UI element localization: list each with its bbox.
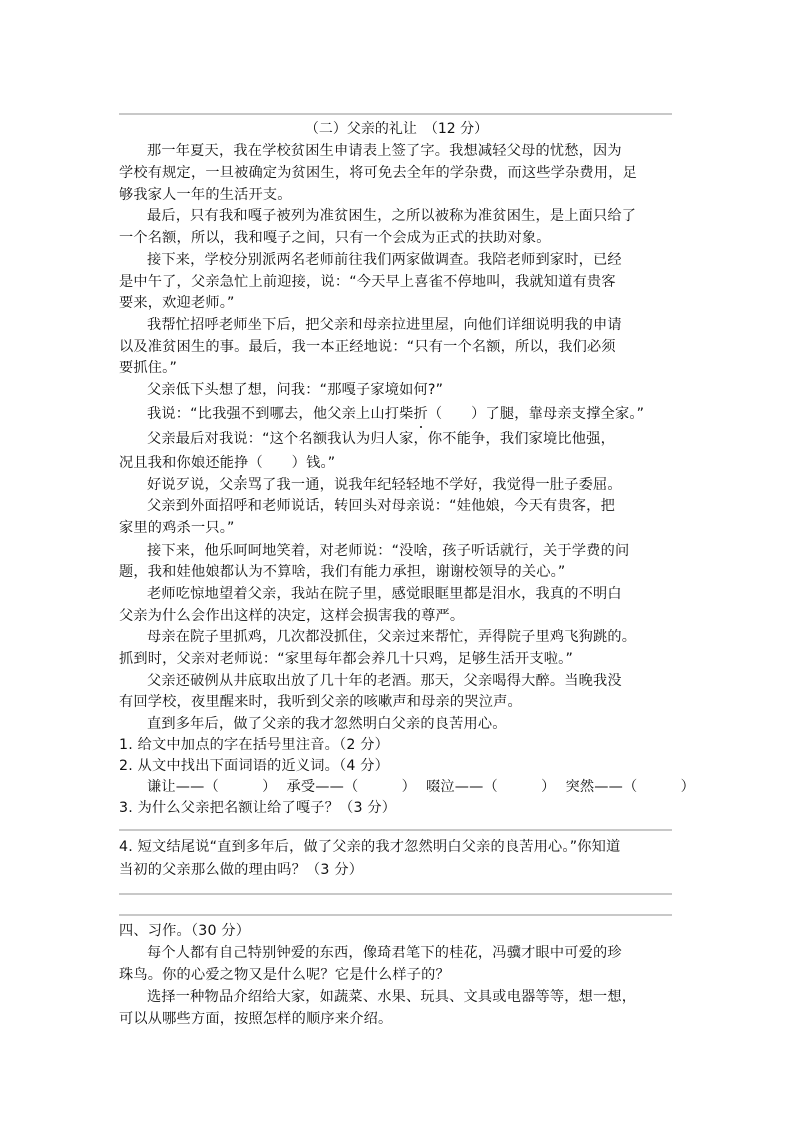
text-after: 钱。”: [306, 455, 335, 471]
dotted-char: 折: [414, 403, 428, 425]
passage-line: 是中午了，父亲急忙上前迎接，说：“今天早上喜雀不停地叫，我就知道有贵客: [119, 271, 679, 293]
text-after: 了腿，靠母亲支撑全家。”: [485, 406, 644, 422]
pinyin-blank[interactable]: （ ）: [428, 403, 486, 425]
passage-line: 题，我和娃他娘都认为不算啥，我们有能力承担，谢谢校领导的关心。”: [119, 561, 679, 583]
passage-line: 以及准贫困生的事。最后，我一本正经地说：“只有一个名额，所以，我们必须: [119, 336, 679, 358]
synonym-item[interactable]: 承受——（ ）: [287, 776, 417, 798]
passage-line: 接下来，学校分别派两名老师前往我们两家做调查。我陪老师到家时，已经: [147, 249, 679, 271]
passage-line: 够我家人一年的生活开支。: [119, 184, 679, 206]
passage-line: 要抓住。”: [119, 357, 679, 379]
composition-line: 可以从哪些方面，按照怎样的顺序来介绍。: [119, 1008, 679, 1030]
question-2: 2. 从文中找出下面词语的近义词。（4 分）: [119, 755, 679, 777]
passage-line-with-blank: 我说：“比我强不到哪去，他父亲上山打柴折（ ）了腿，靠母亲支撑全家。”: [147, 403, 679, 425]
passage-line: 直到多年后，做了父亲的我才忽然明白父亲的良苦用心。: [147, 713, 679, 735]
dotted-char: 挣: [234, 452, 248, 474]
composition-line: 每个人都有自己特别钟爱的东西，像琦君笔下的桂花，冯骥才眼中可爱的珍: [147, 942, 679, 964]
question-1: 1. 给文中加点的字在括号里注音。（2 分）: [119, 734, 679, 756]
synonym-row: 谦让——（ ） 承受——（ ） 啜泣——（ ） 突然——（ ）: [147, 776, 679, 798]
passage-line: 父亲为什么会作出这样的决定，这样会损害我的尊严。: [119, 605, 679, 627]
passage-line: 学校有规定，一旦被确定为贫困生，将可免去全年的学杂费，而这些学杂费用，足: [119, 162, 679, 184]
passage-line: 母亲在院子里抓鸡，几次都没抓住，父亲过来帮忙，弄得院子里鸡飞狗跳的。: [147, 626, 679, 648]
passage-line-with-blank: 况且我和你娘还能挣（ ）钱。”: [119, 452, 679, 474]
composition-heading: 四、习作。（30 分）: [119, 920, 679, 942]
section-title: （二）父亲的礼让 （12 分）: [0, 118, 793, 138]
section-divider: [119, 914, 672, 916]
passage-line: 老师吃惊地望着父亲，我站在院子里，感觉眼眶里都是泪水，我真的不明白: [147, 583, 679, 605]
answer-line-q3[interactable]: [119, 829, 672, 831]
passage-line: 父亲还破例从井底取出放了几十年的老酒。那天，父亲喝得大醉。当晚我没: [147, 670, 679, 692]
passage-line: 抓到时，父亲对老师说：“家里每年都会养几十只鸡，足够生活开支啦。”: [119, 648, 679, 670]
passage-line: 我帮忙招呼老师坐下后，把父亲和母亲拉进里屋，向他们详细说明我的申请: [147, 314, 679, 336]
composition-line: 珠鸟。你的心爱之物又是什么呢？它是什么样子的？: [119, 964, 679, 986]
answer-line-q4[interactable]: [119, 893, 672, 895]
question-4-line-2: 当初的父亲那么做的理由吗？（3 分）: [119, 859, 679, 881]
question-3: 3. 为什么父亲把名额让给了嘎子？（3 分）: [119, 797, 679, 819]
exam-page: （二）父亲的礼让 （12 分） 那一年夏天，我在学校贫困生申请表上签了字。我想减…: [0, 0, 793, 1122]
passage-line: 接下来，他乐呵呵地笑着，对老师说：“没啥，孩子听话就行，关于学费的问: [147, 540, 679, 562]
passage-line: 要来，欢迎老师。”: [119, 292, 679, 314]
top-divider: [119, 113, 672, 115]
composition-line: 选择一种物品介绍给大家，如蔬菜、水果、玩具、文具或电器等等，想一想，: [147, 986, 679, 1008]
synonym-item[interactable]: 啜泣——（ ）: [426, 776, 556, 798]
synonym-item[interactable]: 谦让——（ ）: [147, 776, 277, 798]
passage-line: 家里的鸡杀一只。”: [119, 517, 679, 539]
text-before: 况且我和你娘还能: [119, 455, 234, 471]
passage-line: 一个名额，所以，我和嘎子之间，只有一个会成为正式的扶助对象。: [119, 227, 679, 249]
text-before: 我说：“比我强不到哪去，他父亲上山打柴: [147, 406, 414, 422]
passage-line: 有回学校，夜里醒来时，我听到父亲的咳嗽声和母亲的哭泣声。: [119, 691, 679, 713]
passage-line: 父亲最后对我说：“这个名额我认为归人家，你不能争，我们家境比他强，: [147, 428, 679, 450]
passage-line: 那一年夏天，我在学校贫困生申请表上签了字。我想减轻父母的忧愁，因为: [147, 140, 679, 162]
synonym-item[interactable]: 突然——（ ）: [566, 776, 696, 798]
passage-line: 父亲低下头想了想，问我：“那嘎子家境如何?”: [147, 379, 679, 401]
passage-line: 好说歹说，父亲骂了我一通，说我年纪轻轻地不学好，我觉得一肚子委屈。: [147, 474, 679, 496]
passage-line: 最后，只有我和嘎子被列为准贫困生，之所以被称为准贫困生，是上面只给了: [147, 205, 679, 227]
pinyin-blank[interactable]: （ ）: [249, 452, 307, 474]
question-4-line-1: 4. 短文结尾说“直到多年后，做了父亲的我才忽然明白父亲的良苦用心。”你知道: [119, 836, 679, 858]
passage-line: 父亲到外面招呼和老师说话，转回头对母亲说：“娃他娘，今天有贵客，把: [147, 495, 679, 517]
